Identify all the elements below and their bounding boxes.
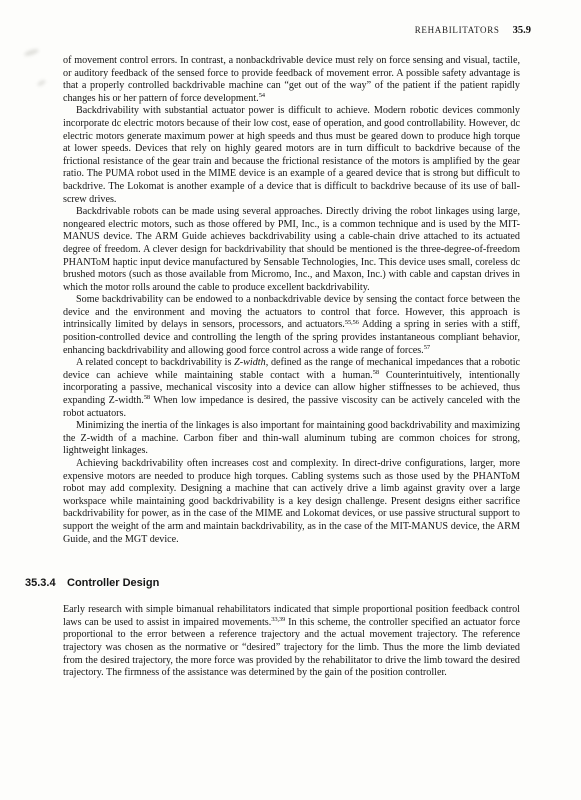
text-run: Backdrivable robots can be made using se… [63,206,520,293]
reference-superscript: 58 [144,394,150,401]
page-header: REHABILITATORS35.9 [0,20,531,38]
scan-smudge [24,48,40,57]
paragraph: Backdrivability with substantial actuato… [63,105,520,206]
reference-superscript: 33,39 [271,616,285,623]
paragraph: A related concept to backdrivability is … [63,357,520,420]
scan-smudge [37,79,47,87]
section-number: 35.3.4 [25,577,67,590]
running-title: REHABILITATORS [415,25,500,35]
section-title: Controller Design [67,577,159,590]
reference-superscript: 58 [373,369,379,376]
paragraph: Minimizing the inertia of the linkages i… [63,420,520,458]
paragraph: Backdrivable robots can be made using se… [63,206,520,294]
text-run: Minimizing the inertia of the linkages i… [63,420,520,456]
document-content: of movement control errors. In contrast,… [63,55,520,680]
reference-superscript: 57 [424,344,430,351]
text-run: Backdrivability with substantial actuato… [63,105,520,204]
paragraph: Achieving backdrivability often increase… [63,458,520,546]
section-heading: 35.3.4Controller Design [25,577,520,590]
paragraph: Some backdrivability can be endowed to a… [63,294,520,357]
text-run: Z-width [234,357,266,368]
text-run: of movement control errors. In contrast,… [63,55,520,104]
text-run: A related concept to backdrivability is [76,357,234,368]
reference-superscript: 54 [259,92,265,99]
text-run: Achieving backdrivability often increase… [63,458,520,545]
paragraph: Early research with simple bimanual reha… [63,604,520,680]
paragraph: of movement control errors. In contrast,… [63,55,520,105]
page-number: 35.9 [513,25,531,36]
reference-superscript: 55,56 [345,319,359,326]
